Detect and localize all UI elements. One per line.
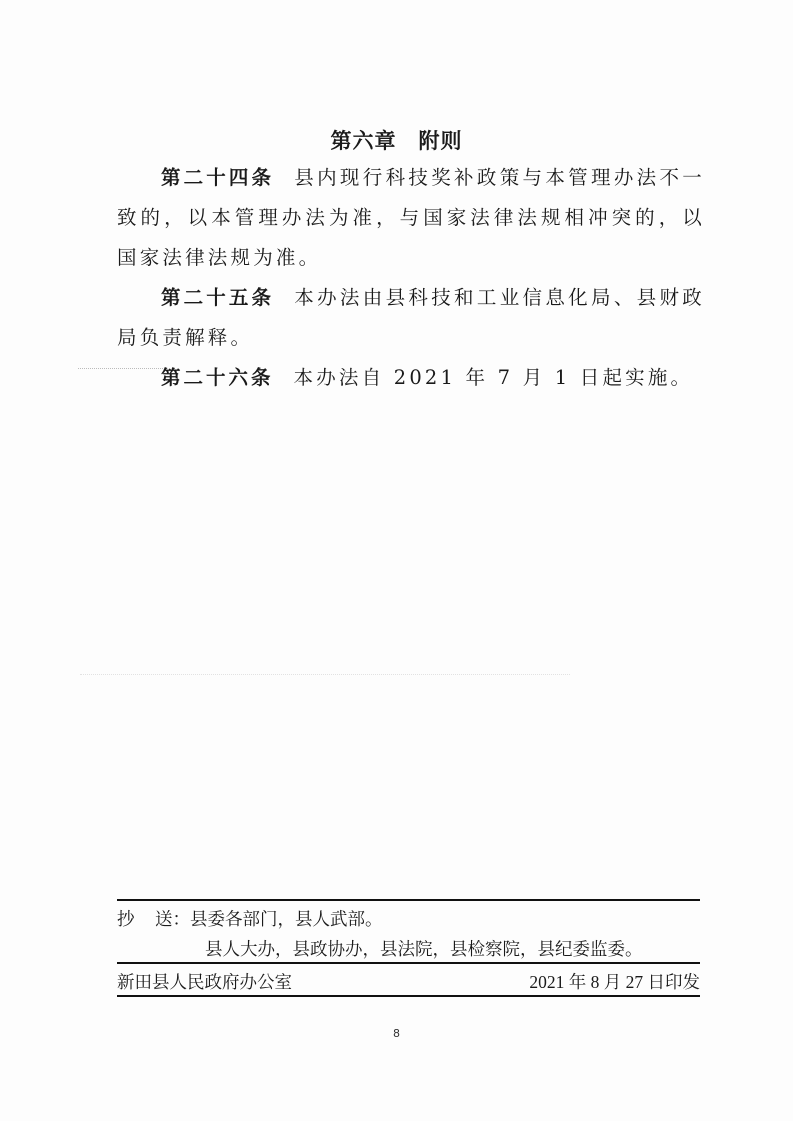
issuer: 新田县人民政府办公室: [117, 968, 292, 996]
footer-rule-middle: [117, 962, 700, 964]
chapter-number: 第六章: [331, 129, 397, 153]
cc-label-char-2: 送：: [155, 909, 190, 929]
article-label: 第二十六条: [161, 366, 274, 389]
article-24: 第二十四条县内现行科技奖补政策与本管理办法不一致的，以本管理办法为准，与国家法律…: [117, 158, 705, 278]
cc-label-char-1: 抄: [117, 905, 155, 933]
document-page: 第六章附则 第二十四条县内现行科技奖补政策与本管理办法不一致的，以本管理办法为准…: [0, 0, 793, 1121]
issue-date: 2021 年 8 月 27 日印发: [529, 968, 700, 996]
article-text: 本办法自 2021 年 7 月 1 日起实施。: [294, 366, 694, 389]
cc-recipients-1: 县委各部门，县人武部。: [190, 909, 383, 929]
article-26: 第二十六条本办法自 2021 年 7 月 1 日起实施。: [117, 358, 705, 398]
article-label: 第二十五条: [161, 286, 274, 309]
chapter-name: 附则: [419, 129, 463, 153]
article-label: 第二十四条: [161, 166, 274, 189]
chapter-title: 第六章附则: [0, 126, 793, 156]
footer-rule-top: [117, 899, 700, 901]
scan-artifact: [80, 674, 570, 676]
cc-recipients-2: 县人大办，县政协办，县法院，县检察院，县纪委监委。: [205, 939, 643, 959]
cc-row-2: 县人大办，县政协办，县法院，县检察院，县纪委监委。: [117, 935, 700, 963]
cc-label: 抄送：: [117, 905, 190, 933]
cc-row-1: 抄送：县委各部门，县人武部。: [117, 905, 700, 933]
footer-rule-bottom: [117, 995, 700, 997]
page-number: 8: [0, 1027, 793, 1040]
issuer-row: 新田县人民政府办公室 2021 年 8 月 27 日印发: [117, 968, 700, 996]
article-25: 第二十五条本办法由县科技和工业信息化局、县财政局负责解释。: [117, 278, 705, 358]
